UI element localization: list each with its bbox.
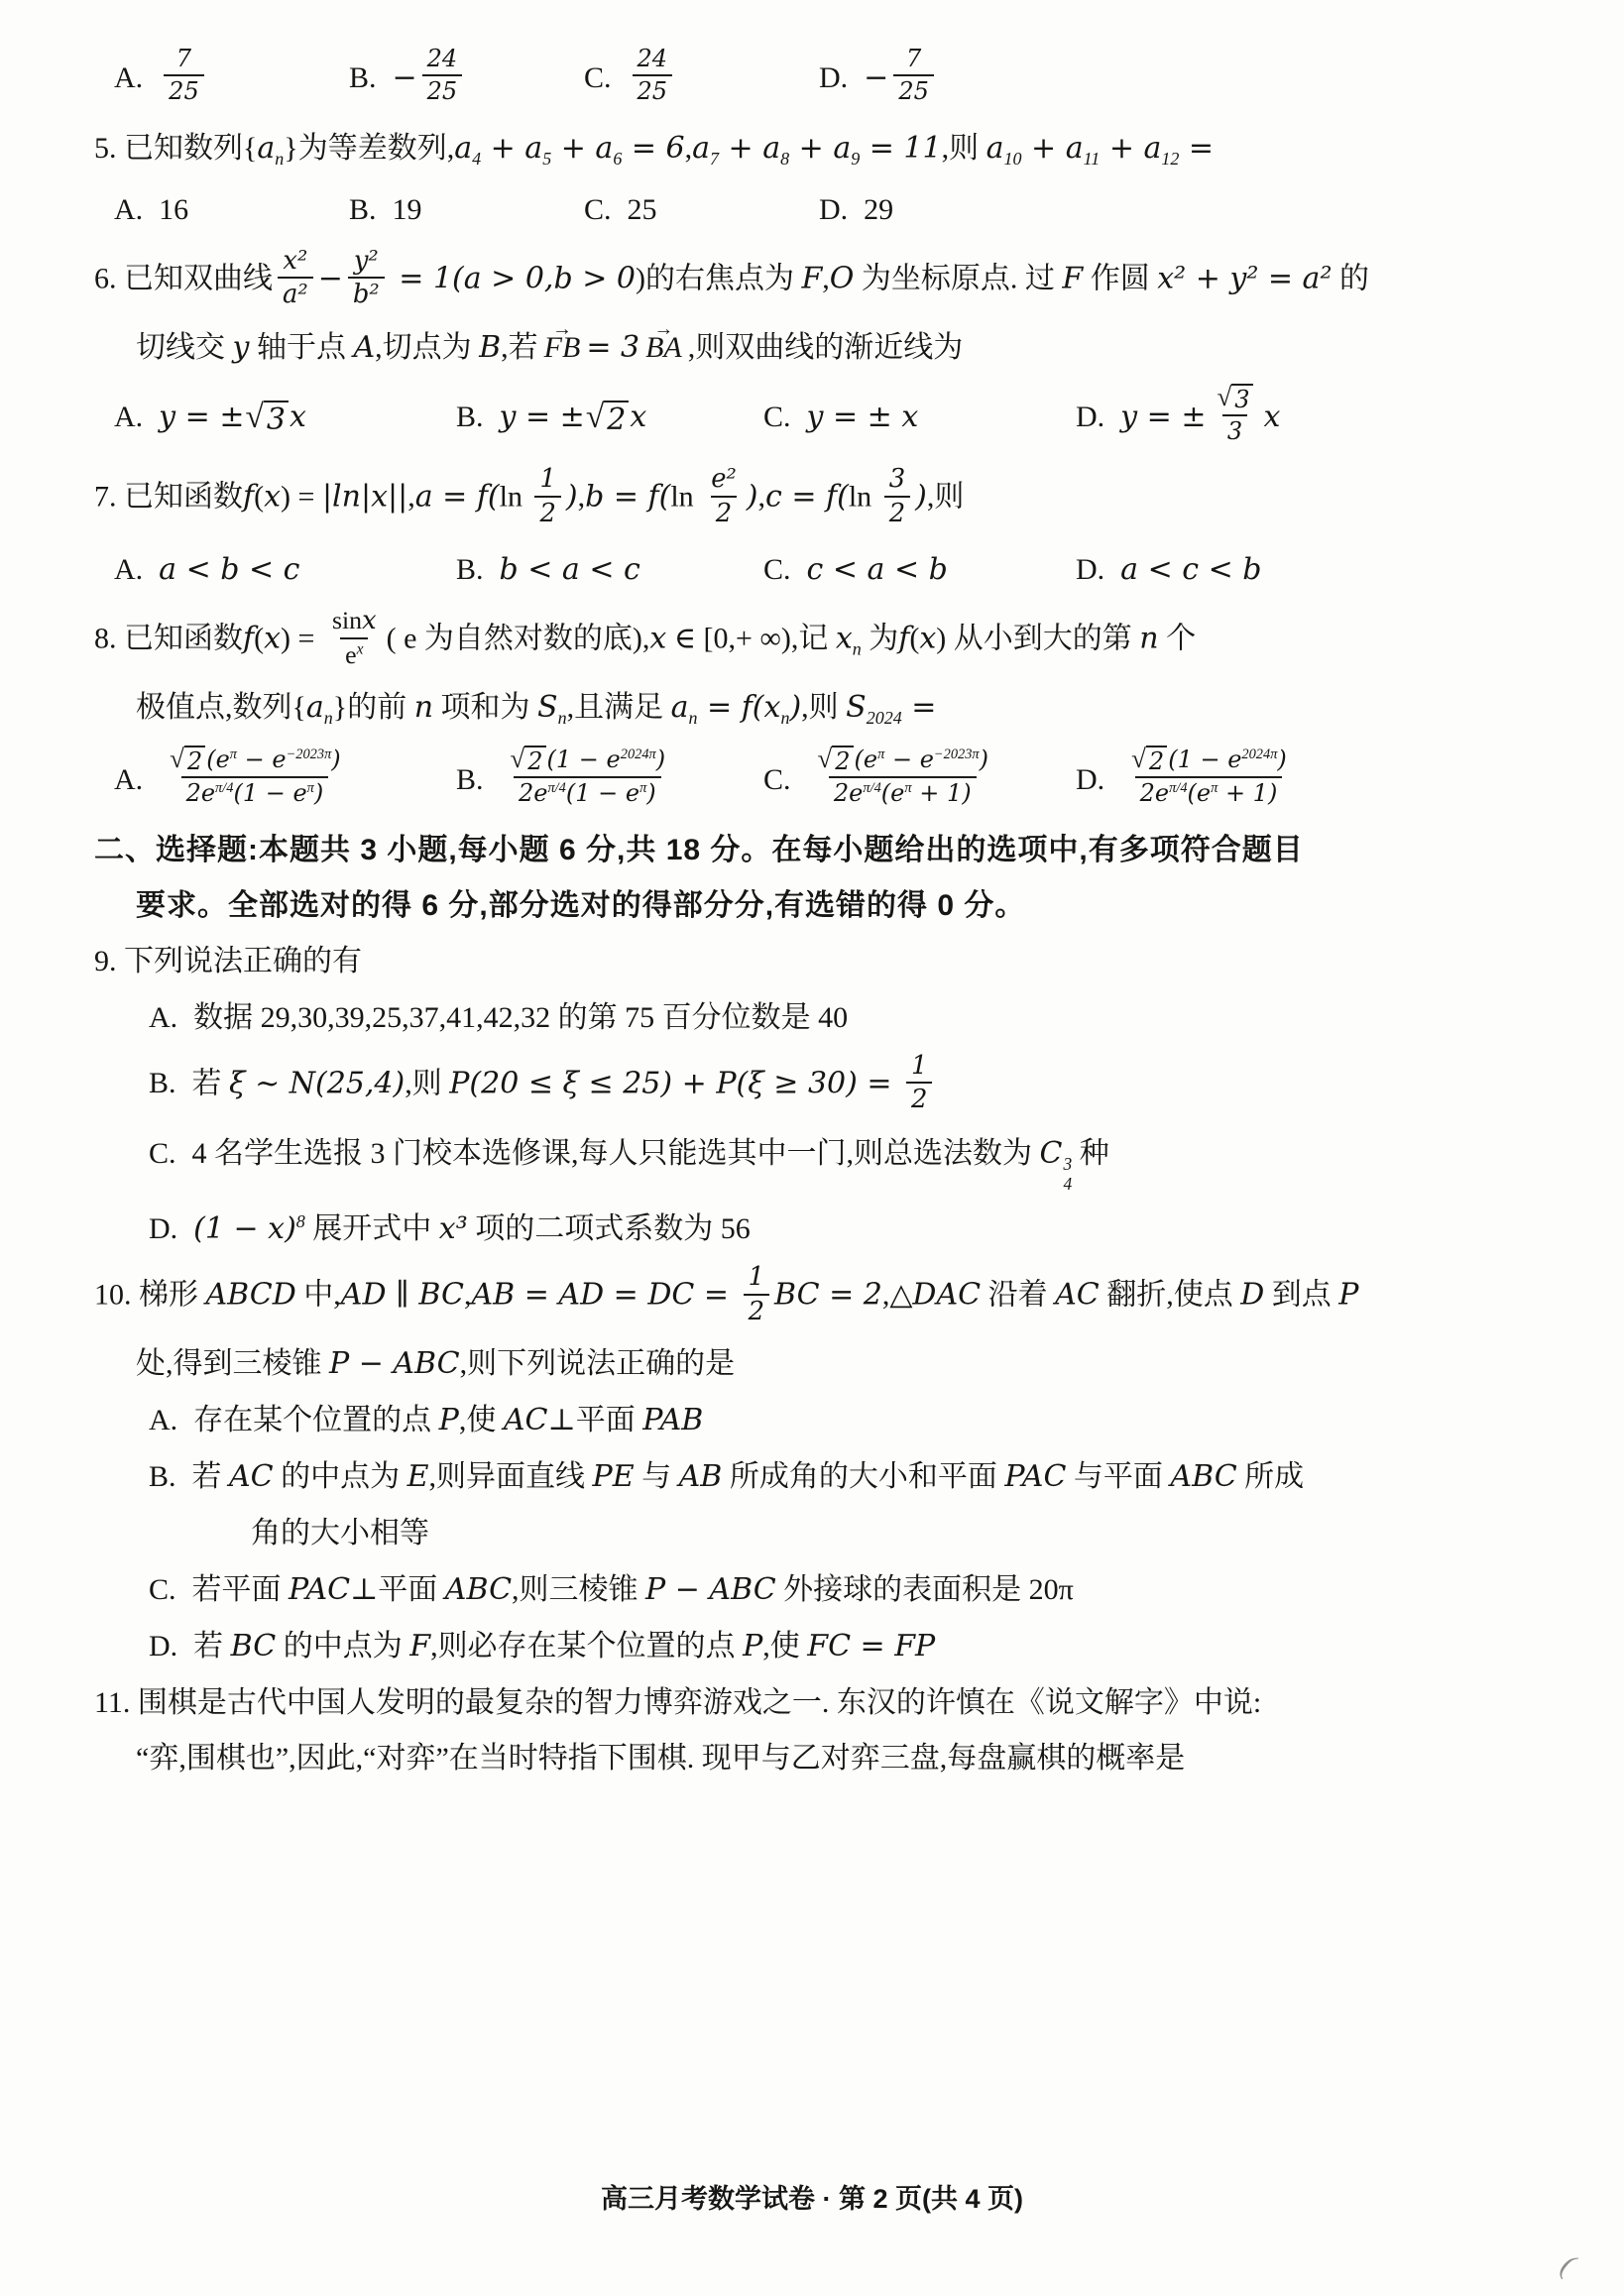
math-text: ln xyxy=(670,481,701,514)
math-var: 25 xyxy=(898,77,929,105)
math-var: P( xyxy=(449,1066,481,1100)
math-var: E xyxy=(407,1459,429,1494)
math-var: F xyxy=(1062,261,1083,295)
math-var: + a xyxy=(1100,131,1161,166)
radical-sign: √ xyxy=(818,746,833,772)
option-item: C.25 xyxy=(584,189,819,231)
math-var: + a xyxy=(789,131,851,166)
subscript: 6 xyxy=(613,149,622,169)
subscript: 12 xyxy=(1161,149,1179,169)
math-var: − e xyxy=(237,746,287,773)
fraction-numerator: 7 xyxy=(901,45,926,74)
fraction-denominator: 2 xyxy=(534,496,560,528)
option-item: B.− 2425 xyxy=(349,48,584,110)
fraction-denominator: 2eπ/4(eπ + 1) xyxy=(1135,776,1283,808)
math-var: P xyxy=(439,1403,459,1437)
option-label: B. xyxy=(149,1460,176,1493)
option-item: B.b < a < c xyxy=(456,549,763,591)
math-var: f xyxy=(898,621,909,655)
math-text: 处,得到三棱锥 xyxy=(136,1347,329,1380)
math-var: 2 xyxy=(527,747,542,775)
math-var: P xyxy=(743,1629,762,1664)
subscript: 11 xyxy=(1084,149,1101,169)
radical-sign: √ xyxy=(245,401,263,434)
fraction-denominator: 2 xyxy=(906,1082,932,1114)
math-var: ABC xyxy=(1170,1459,1236,1494)
math-text: 10. 梯形 xyxy=(94,1279,206,1312)
math-var: (e xyxy=(1188,779,1212,807)
q6-options: A.y = ± √3xB.y = ± √2xC.y = ± xD.y = ± √… xyxy=(94,387,1582,450)
math-text: ln xyxy=(500,481,530,514)
math-text: 项和为 xyxy=(433,691,537,724)
option-item: C.2425 xyxy=(584,48,819,110)
radicand: 2 xyxy=(1146,746,1167,775)
square-root: √3 xyxy=(1217,384,1252,413)
fraction: x²a² xyxy=(278,246,313,310)
math-var: ) xyxy=(789,690,801,725)
math-text: , xyxy=(758,481,766,514)
math-var: 2 xyxy=(749,1297,764,1326)
math-text: ( xyxy=(909,622,919,654)
math-var: (1 − x) xyxy=(193,1211,296,1246)
math-var: 2 xyxy=(889,499,905,528)
math-var: |ln|x|| xyxy=(322,480,407,515)
math-text: 要求。全部选对的得 6 分,部分选对的得部分分,有选错的得 0 分。 xyxy=(136,889,1025,922)
math-var: 1 xyxy=(539,464,555,494)
fraction-denominator: 2eπ/4(1 − eπ) xyxy=(514,776,661,808)
math-var: y = ± x xyxy=(807,397,919,438)
fraction: e²2 xyxy=(706,464,742,528)
math-text: 19 xyxy=(393,189,422,231)
math-var: A xyxy=(353,330,375,365)
fraction-denominator: a² xyxy=(278,277,313,309)
math-var: n xyxy=(1139,621,1158,655)
math-var: ) xyxy=(394,1066,406,1100)
math-text: 存在某个位置的点 xyxy=(193,1404,439,1436)
math-text: 为 xyxy=(862,622,899,654)
subscript: n xyxy=(324,708,333,728)
math-text: ( xyxy=(254,481,264,514)
math-var: + a xyxy=(551,131,613,166)
option-item: B.19 xyxy=(349,189,584,231)
option-label: C. xyxy=(763,759,791,801)
math-text: ) 从小到大的第 xyxy=(936,622,1139,654)
math-var: ) xyxy=(314,779,323,807)
superscript: π/4 xyxy=(547,780,565,796)
math-var: b < a < c xyxy=(500,549,640,591)
option-item: A.a < b < c xyxy=(114,549,456,591)
q8-stem: 8. 已知函数f(x) = sinxex( e 为自然对数的底),x ∈ [0,… xyxy=(94,609,1582,673)
option-label: C. xyxy=(149,1137,176,1170)
math-var: D xyxy=(1240,1278,1264,1313)
math-var: a < b < c xyxy=(159,549,299,591)
math-text: 的 xyxy=(1332,262,1369,294)
radical-sign: √ xyxy=(511,746,525,772)
q10-stem: 10. 梯形 ABCD 中,AD ∥ BC,AB = AD = DC = 12B… xyxy=(94,1265,1582,1329)
math-text: , xyxy=(578,481,586,514)
math-var: ) = xyxy=(846,1066,901,1100)
math-var: 3 xyxy=(889,464,905,494)
subscript: 8 xyxy=(780,149,789,169)
fraction: √2(eπ − e−2023π)2eπ/4(1 − eπ) xyxy=(164,746,345,809)
math-var: x³ xyxy=(439,1211,468,1246)
option-line: D.(1 − x)8 展开式中 x³ 项的二项式系数为 56 xyxy=(94,1208,1582,1250)
math-text: ,△ xyxy=(882,1279,913,1312)
math-var: 25 xyxy=(169,77,199,105)
math-var: + a xyxy=(481,131,542,166)
math-var: ) xyxy=(915,480,927,515)
fraction: 12 xyxy=(906,1051,932,1115)
math-var: a < c < b xyxy=(1120,549,1261,591)
math-var: n xyxy=(414,690,433,725)
superscript: π xyxy=(904,780,911,796)
option-label: C. xyxy=(763,549,791,591)
math-text: ,则 xyxy=(405,1067,449,1099)
math-text: 个 xyxy=(1159,622,1197,654)
math-text: }的前 xyxy=(333,691,414,724)
math-var: P xyxy=(1338,1278,1358,1313)
math-text: 作圆 xyxy=(1083,262,1157,294)
math-var: − xyxy=(393,57,417,99)
square-root: √2 xyxy=(511,746,546,775)
math-var: y = ± xyxy=(500,397,585,438)
math-text: , xyxy=(464,1279,472,1312)
math-var: (e xyxy=(855,746,878,773)
page-footer: 高三月考数学试卷 · 第 2 页(共 4 页) xyxy=(0,2181,1624,2219)
option-label: C. xyxy=(584,57,612,99)
math-text: 切线交 xyxy=(136,331,233,364)
fraction-numerator: e² xyxy=(706,464,742,495)
option-item: C.y = ± x xyxy=(763,397,1076,438)
math-var: y xyxy=(233,330,250,365)
math-var: PE xyxy=(593,1459,635,1494)
option-line: C.4 名学生选报 3 门校本选修课,每人只能选其中一门,则总选法数为 C34 … xyxy=(94,1133,1582,1195)
math-text: ) = xyxy=(281,481,322,514)
subscript: 7 xyxy=(710,149,719,169)
math-text: 种 xyxy=(1072,1137,1109,1170)
fraction: 12 xyxy=(534,464,560,528)
math-var: x xyxy=(919,621,936,655)
math-var: = 6 xyxy=(622,131,684,166)
fraction-numerator: 24 xyxy=(633,45,673,74)
math-var: 24 xyxy=(427,45,458,72)
section2-header: 二、选择题:本题共 3 小题,每小题 6 分,共 18 分。在每小题给出的选项中… xyxy=(94,830,1582,871)
fraction-numerator: √2(1 − e2024π) xyxy=(505,746,671,776)
math-var: F xyxy=(409,1629,430,1664)
q5-stem: 5. 已知数列{an}为等差数列,a4 + a5 + a6 = 6,a7 + a… xyxy=(94,128,1582,172)
radicand: 2 xyxy=(184,746,205,775)
math-var: 2 xyxy=(716,499,732,528)
option-label: A. xyxy=(114,397,143,438)
math-var: x² xyxy=(283,246,307,276)
math-var: = 3 xyxy=(586,330,639,365)
superscript: π/4 xyxy=(1169,780,1187,796)
fraction-denominator: 25 xyxy=(633,74,673,106)
math-var: a xyxy=(306,690,324,725)
fraction-denominator: 2eπ/4(eπ + 1) xyxy=(829,776,977,808)
math-text: 项的二项式系数为 56 xyxy=(468,1212,751,1245)
math-var: 3 xyxy=(1227,417,1242,445)
math-var: C xyxy=(1040,1136,1063,1171)
math-var: 25,4 xyxy=(327,1066,394,1100)
math-var: ) xyxy=(331,746,340,773)
subscript: n xyxy=(853,638,862,658)
math-text: ,则双曲线的渐近线为 xyxy=(688,331,964,364)
fraction: √2(1 − e2024π)2eπ/4(1 − eπ) xyxy=(505,746,671,809)
q6-stem-2: 切线交 y 轴于点 A,切点为 B,若FB= 3BA,则双曲线的渐近线为 xyxy=(94,327,1582,369)
math-text: 外接球的表面积是 20π xyxy=(776,1573,1074,1606)
math-text: e xyxy=(345,640,356,669)
q4-options: A.725B.− 2425C.2425D.− 725 xyxy=(94,48,1582,110)
radical-sign: √ xyxy=(170,746,184,772)
superscript: π/4 xyxy=(215,780,233,796)
square-root: √2 xyxy=(1131,746,1167,775)
math-var: − e xyxy=(884,746,934,773)
math-text: 角的大小相等 xyxy=(251,1517,429,1550)
math-var: 3 xyxy=(1234,386,1249,413)
fraction: 725 xyxy=(164,45,204,107)
math-var: 24 xyxy=(638,45,668,72)
math-text: 所成 xyxy=(1237,1460,1305,1493)
q9-stem: 9. 下列说法正确的有 xyxy=(94,941,1582,982)
math-var: = xyxy=(902,690,937,725)
math-var: PAC xyxy=(289,1572,350,1607)
option-label: D. xyxy=(819,189,848,231)
math-text: 为坐标原点. 过 xyxy=(854,262,1062,294)
math-text: 翻折,使点 xyxy=(1100,1279,1241,1312)
math-var: 25 xyxy=(427,77,458,105)
option-item: C.c < a < b xyxy=(763,549,1076,591)
option-line: 角的大小相等 xyxy=(94,1513,1582,1554)
math-text: 16 xyxy=(159,189,188,231)
math-var: AC xyxy=(504,1403,548,1437)
fraction: y²b² xyxy=(348,246,385,310)
fraction-numerator: 1 xyxy=(534,464,560,495)
superscript: π xyxy=(639,780,646,796)
option-label: D. xyxy=(1076,549,1104,591)
option-label: C. xyxy=(149,1573,176,1606)
math-var: 1 xyxy=(749,1262,764,1292)
q11-stem: 11. 围棋是古代中国人发明的最复杂的智力博弈游戏之一. 东汉的许慎在《说文解字… xyxy=(94,1682,1582,1724)
square-root: √2 xyxy=(170,746,205,775)
math-var: ABC xyxy=(445,1572,512,1607)
option-item: D.√2(1 − e2024π)2eπ/4(eπ + 1) xyxy=(1076,748,1582,812)
math-var: e² xyxy=(711,464,737,494)
math-var: ) xyxy=(566,480,578,515)
math-text: 的中点为 xyxy=(276,1630,409,1663)
option-label: D. xyxy=(1076,759,1104,801)
option-item: A.y = ± √3x xyxy=(114,397,456,438)
option-label: B. xyxy=(456,759,484,801)
fraction-denominator: b² xyxy=(348,277,385,309)
math-var: ) xyxy=(646,779,655,807)
math-var: c = f( xyxy=(765,480,849,515)
math-var: 25 xyxy=(638,77,668,105)
math-var: a xyxy=(986,131,1004,166)
math-text: ,则必存在某个位置的点 xyxy=(430,1630,743,1663)
math-text: 5. 已知数列{ xyxy=(94,132,257,165)
radicand: 2 xyxy=(832,746,853,775)
math-var: BC = 2 xyxy=(774,1278,882,1313)
q6-stem: 6. 已知双曲线x²a²−y²b² = 1(a > 0,b > 0)的右焦点为 … xyxy=(94,249,1582,313)
fraction: sinxex xyxy=(327,606,382,670)
math-text: ( xyxy=(254,622,264,654)
q7-options: A.a < b < cB.b < a < cC.c < a < bD.a < c… xyxy=(94,549,1582,591)
option-label: A. xyxy=(114,189,143,231)
square-root: √3 xyxy=(245,401,289,436)
math-text: “弈,围棋也”,因此,“对弈”在当时特指下围棋. 现甲与乙对弈三盘,每盘赢棋的概… xyxy=(136,1742,1185,1775)
fraction: √2(1 − e2024π)2eπ/4(eπ + 1) xyxy=(1125,746,1292,809)
math-text: 29 xyxy=(864,189,893,231)
fraction-numerator: sinx xyxy=(327,606,382,636)
math-var: DAC xyxy=(912,1278,981,1313)
math-var: AC xyxy=(229,1459,274,1494)
option-item: D.29 xyxy=(819,189,1582,231)
radical-sign: √ xyxy=(586,401,604,434)
math-var: 2e xyxy=(1140,779,1169,807)
fraction-denominator: ex xyxy=(340,637,368,670)
math-text: 的中点为 xyxy=(274,1460,407,1493)
math-text: 沿着 xyxy=(981,1279,1055,1312)
option-line: B.若 ξ ~ N(25,4),则 P(20 ≤ ξ ≤ 25) + P(ξ ≥… xyxy=(94,1054,1582,1118)
math-var: (1 − e xyxy=(547,746,621,773)
superscript: π xyxy=(877,746,884,762)
fraction-denominator: 2 xyxy=(744,1294,769,1326)
math-var: x xyxy=(630,397,646,438)
math-var: (e xyxy=(881,779,905,807)
math-text: ,则异面直线 xyxy=(429,1460,593,1493)
q8-options: A.√2(eπ − e−2023π)2eπ/4(1 − eπ)B.√2(1 − … xyxy=(94,748,1582,812)
math-var: b² xyxy=(353,280,380,309)
fraction-numerator: √2(1 − e2024π) xyxy=(1125,746,1292,776)
math-var: 3 xyxy=(267,402,286,437)
option-item: A.√2(eπ − e−2023π)2eπ/4(1 − eπ) xyxy=(114,748,456,812)
math-var: AD ∥ BC xyxy=(341,1278,464,1313)
math-var: y = ± xyxy=(159,397,244,438)
fraction-numerator: √2(eπ − e−2023π) xyxy=(812,746,993,776)
fraction-numerator: 3 xyxy=(884,464,910,495)
math-var: B xyxy=(479,330,501,365)
q11-stem-2: “弈,围棋也”,因此,“对弈”在当时特指下围棋. 现甲与乙对弈三盘,每盘赢棋的概… xyxy=(94,1738,1582,1779)
fraction-numerator: 1 xyxy=(744,1262,769,1293)
option-label: D. xyxy=(819,57,848,99)
math-text: 极值点,数列{ xyxy=(136,691,306,724)
fraction-numerator: √3 xyxy=(1211,384,1258,414)
math-text: ,则 xyxy=(927,481,965,514)
math-text: sin xyxy=(332,606,362,634)
math-text: 中, xyxy=(296,1279,341,1312)
option-label: A. xyxy=(114,57,143,99)
math-var: AC xyxy=(1055,1278,1100,1313)
vector: FB xyxy=(542,331,583,364)
math-var: 2 xyxy=(539,499,555,528)
math-var: a = f( xyxy=(415,480,500,515)
math-var: 2e xyxy=(519,779,547,807)
math-text: , xyxy=(407,481,415,514)
math-var: = 11 xyxy=(860,131,941,166)
fraction-denominator: 25 xyxy=(422,74,463,106)
math-var: f xyxy=(243,480,254,515)
option-item: B.y = ± √2x xyxy=(456,397,763,438)
math-var: ABCD xyxy=(206,1278,296,1313)
option-label: C. xyxy=(763,397,791,438)
superscript: π xyxy=(230,746,237,762)
math-var: O xyxy=(830,261,855,295)
superscript: π xyxy=(307,780,314,796)
math-text: ,若 xyxy=(501,331,538,364)
radicand: 2 xyxy=(524,746,545,775)
math-text: ,则 xyxy=(801,691,846,724)
fraction-numerator: 24 xyxy=(422,45,463,74)
radical-sign: √ xyxy=(1217,384,1231,410)
math-text: ,则下列说法正确的是 xyxy=(460,1347,736,1380)
math-var: c < a < b xyxy=(807,549,948,591)
fraction-numerator: 7 xyxy=(172,45,196,74)
fraction-denominator: 2 xyxy=(884,496,910,528)
radical-sign: √ xyxy=(1131,746,1146,772)
math-var: ξ ≥ 30 xyxy=(748,1066,846,1100)
fraction: 32 xyxy=(884,464,910,528)
option-label: D. xyxy=(149,1630,177,1663)
math-var: FC = FP xyxy=(807,1629,935,1664)
option-line: C.若平面 PAC⊥平面 ABC,则三棱锥 P − ABC 外接球的表面积是 2… xyxy=(94,1569,1582,1611)
option-item: A.16 xyxy=(114,189,349,231)
math-text: 若 xyxy=(192,1067,230,1099)
math-text: ( e 为自然对数的底), xyxy=(387,622,650,654)
math-var: 7 xyxy=(906,45,921,72)
exam-content: A.725B.− 2425C.2425D.− 7255. 已知数列{an}为等差… xyxy=(94,48,1582,1779)
math-var: S xyxy=(537,690,558,725)
math-var: (1 − e xyxy=(1168,746,1241,773)
q5-options: A.16B.19C.25D.29 xyxy=(94,189,1582,231)
combination-subscript: 4 xyxy=(1063,1175,1072,1194)
math-text: 8. 已知函数 xyxy=(94,622,243,654)
math-var: y² xyxy=(354,246,379,276)
math-text: ,则三棱锥 xyxy=(512,1573,645,1606)
math-text: ,使 xyxy=(459,1404,504,1436)
math-var: 2 xyxy=(187,747,202,775)
math-var: a xyxy=(454,131,472,166)
math-text: 6. 已知双曲线 xyxy=(94,262,273,294)
math-var: 2e xyxy=(834,779,863,807)
math-text: }为等差数列, xyxy=(284,132,454,165)
square-root: √2 xyxy=(818,746,854,775)
math-var: ) xyxy=(656,746,665,773)
math-var: x xyxy=(264,621,281,655)
subscript: n xyxy=(558,708,567,728)
math-var: a xyxy=(671,690,689,725)
math-text: , xyxy=(822,262,830,294)
math-var: x xyxy=(290,397,306,438)
option-line: B.若 AC 的中点为 E,则异面直线 PE 与 AB 所成角的大小和平面 PA… xyxy=(94,1456,1582,1498)
option-item: D.y = ± √33x xyxy=(1076,387,1582,450)
math-var: = xyxy=(1179,131,1214,166)
option-label: B. xyxy=(349,189,377,231)
math-var: ) + P( xyxy=(660,1066,748,1100)
math-text: 若 xyxy=(192,1460,230,1493)
math-var: b = f( xyxy=(585,480,670,515)
scan-artifact: ( xyxy=(1554,2244,1582,2286)
option-label: A. xyxy=(149,1404,177,1436)
subscript: 2024 xyxy=(867,708,902,728)
math-var: 2 xyxy=(607,402,626,437)
math-var: a xyxy=(692,131,710,166)
math-var: (1 − e xyxy=(233,779,306,807)
math-text: 若 xyxy=(193,1630,231,1663)
math-text: 展开式中 xyxy=(305,1212,439,1245)
option-label: A. xyxy=(149,1001,177,1034)
math-text: ⊥平面 xyxy=(547,1404,642,1436)
